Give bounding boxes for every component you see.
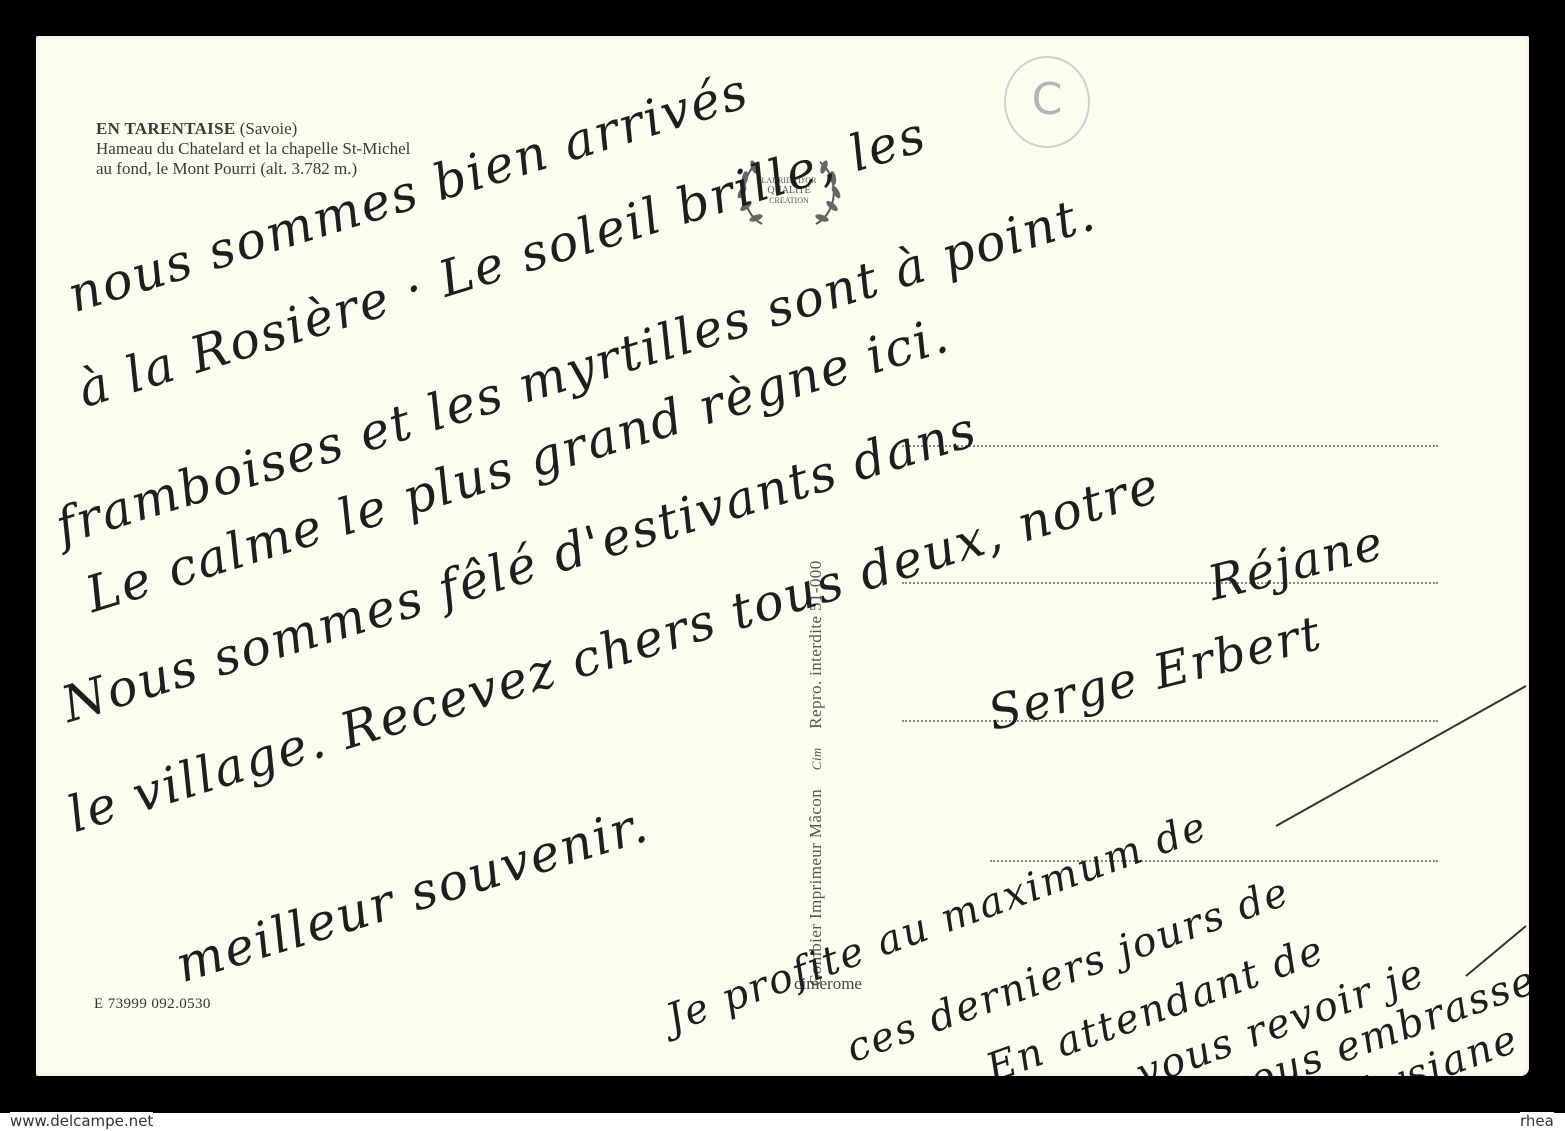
margin-pen-stroke: [1236, 676, 1529, 1056]
address-line-2: [902, 582, 1438, 584]
address-line-1: [902, 445, 1438, 447]
postcard-caption: EN TARENTAISE (Savoie) Hameau du Chatela…: [96, 119, 410, 179]
caption-line-2: Hameau du Chatelard et la chapelle St-Mi…: [96, 139, 410, 159]
printer-logo-icon: Cim: [809, 747, 824, 770]
signature-line: Réjane: [1202, 514, 1390, 612]
watermark-bar: [0, 1113, 1565, 1131]
message-line: meilleur souvenir.: [169, 795, 655, 994]
stamp-letter: C: [1032, 74, 1063, 125]
watermark-left: www.delcampe.net: [10, 1112, 153, 1130]
printer-vertical-text: Combier Imprimeur Mâcon Cim Repro. inter…: [806, 560, 826, 986]
reference-code: E 73999 092.0530: [94, 996, 211, 1013]
postcard-back: EN TARENTAISE (Savoie) Hameau du Chatela…: [36, 36, 1529, 1076]
watermark-right: rhea: [1520, 1112, 1554, 1130]
circled-c-icon: C: [1004, 56, 1090, 148]
caption-region: (Savoie): [240, 119, 298, 138]
caption-title: EN TARENTAISE: [96, 119, 235, 138]
